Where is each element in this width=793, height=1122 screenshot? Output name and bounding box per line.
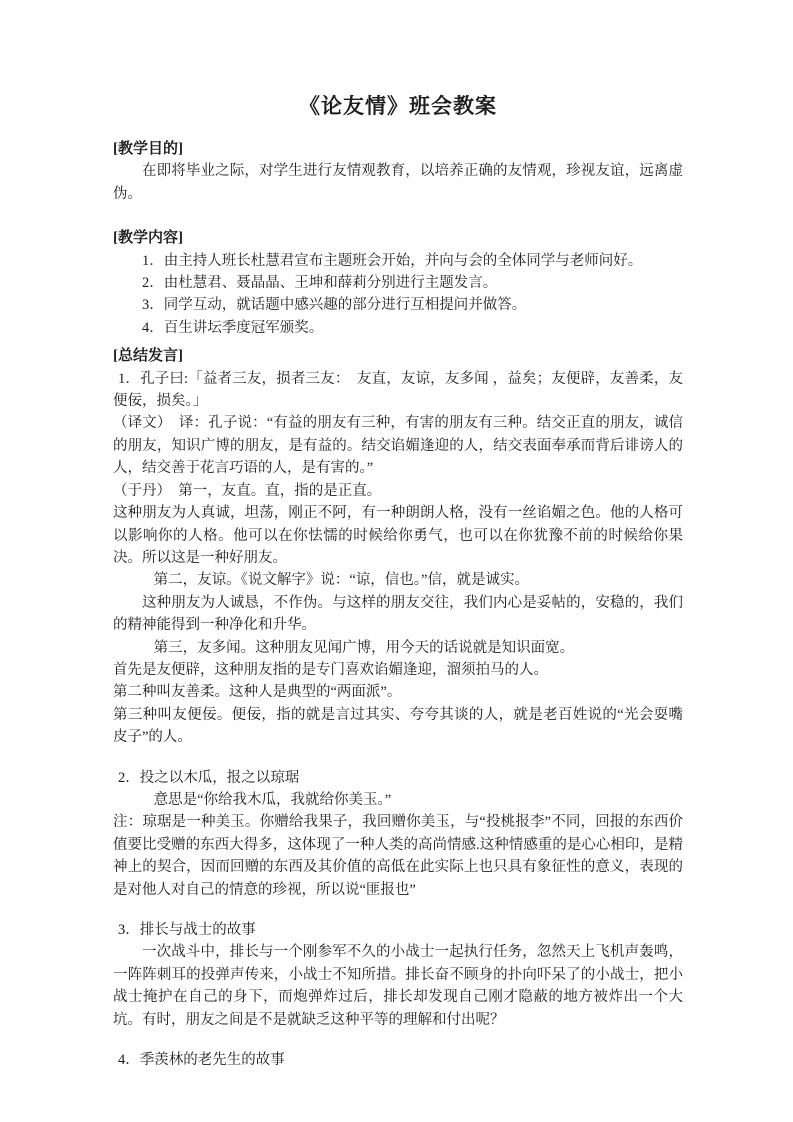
document-page: 《论友情》班会教案 [教学目的] 在即将毕业之际，对学生进行友情观教育，以培养正…	[0, 0, 793, 1122]
paragraph-yudan-first-friend: （于丹） 第一，友直。直，指的是正直。	[113, 480, 683, 502]
list-item-4: 4．百生讲坛季度冠军颁奖。	[113, 317, 683, 339]
paragraph-third-friend: 第三，友多闻。这种朋友见闻广博，用今天的话说就是知识面宽。	[113, 637, 683, 659]
paragraph-item2-note: 注：琼琚是一种美玉。你赠给我果子，我回赠你美玉，与“投桃报李”不同，回报的东西价…	[113, 811, 683, 901]
paragraph-confucius-quote: 1．孔子曰:「益者三友，损者三友： 友直，友谅，友多闻 ，益矣；友便辟，友善柔，…	[113, 368, 683, 413]
paragraph-bad-friend-1: 首先是友便辟，这种朋友指的是专门喜欢谄媚逢迎，溜须拍马的人。	[113, 659, 683, 681]
paragraph-item4-title: 4．季羡林的老先生的故事	[113, 1049, 683, 1071]
paragraph-item2-meaning: 意思是“你给我木瓜，我就给你美玉。”	[113, 789, 683, 811]
paragraph-bad-friend-3: 第三种叫友便佞。便佞，指的就是言过其实、夸夸其谈的人，就是老百姓说的“光会耍嘴皮…	[113, 704, 683, 749]
document-title: 《论友情》班会教案	[113, 90, 683, 122]
section-teaching-content: [教学内容] 1．由主持人班长杜慧君宣布主题班会开始，并向与会的全体同学与老师问…	[113, 227, 683, 339]
paragraph-first-friend-detail: 这种朋友为人真诚，坦荡，刚正不阿，有一种朗朗人格，没有一丝谄媚之色。他的人格可以…	[113, 502, 683, 569]
paragraph-translation: （译文） 译：孔子说：“有益的朋友有三种，有害的朋友有三种。结交正直的朋友，诚信…	[113, 412, 683, 479]
list-item-1: 1．由主持人班长杜慧君宣布主题班会开始，并向与会的全体同学与老师问好。	[113, 250, 683, 272]
paragraph-item3-story: 一次战斗中，排长与一个刚参军不久的小战士一起执行任务，忽然天上飞机声轰鸣，一阵阵…	[113, 941, 683, 1031]
list-item-3: 3．同学互动，就话题中感兴趣的部分进行互相提问并做答。	[113, 294, 683, 316]
paragraph-second-friend: 第二，友谅。《说文解字》说：“谅，信也。”信，就是诚实。	[113, 569, 683, 591]
section-summary-remarks: [总结发言] 1．孔子曰:「益者三友，损者三友： 友直，友谅，友多闻 ，益矣；友…	[113, 345, 683, 1071]
section-heading-summary-remarks: [总结发言]	[113, 345, 683, 367]
section-heading-teaching-objective: [教学目的]	[113, 138, 683, 160]
paragraph-bad-friend-2: 第二种叫友善柔。这种人是典型的“两面派”。	[113, 681, 683, 703]
section-teaching-objective: [教学目的] 在即将毕业之际，对学生进行友情观教育，以培养正确的友情观，珍视友谊…	[113, 138, 683, 205]
list-item-2: 2．由杜慧君、聂晶晶、王坤和薛莉分别进行主题发言。	[113, 272, 683, 294]
section-heading-teaching-content: [教学内容]	[113, 227, 683, 249]
paragraph-objective: 在即将毕业之际，对学生进行友情观教育，以培养正确的友情观，珍视友谊，远离虚伪。	[113, 160, 683, 205]
paragraph-item2-title: 2．投之以木瓜，报之以琼琚	[113, 767, 683, 789]
paragraph-item3-title: 3．排长与战士的故事	[113, 919, 683, 941]
paragraph-second-friend-detail: 这种朋友为人诚恳，不作伪。与这样的朋友交往，我们内心是妥帖的，安稳的，我们的精神…	[113, 592, 683, 637]
